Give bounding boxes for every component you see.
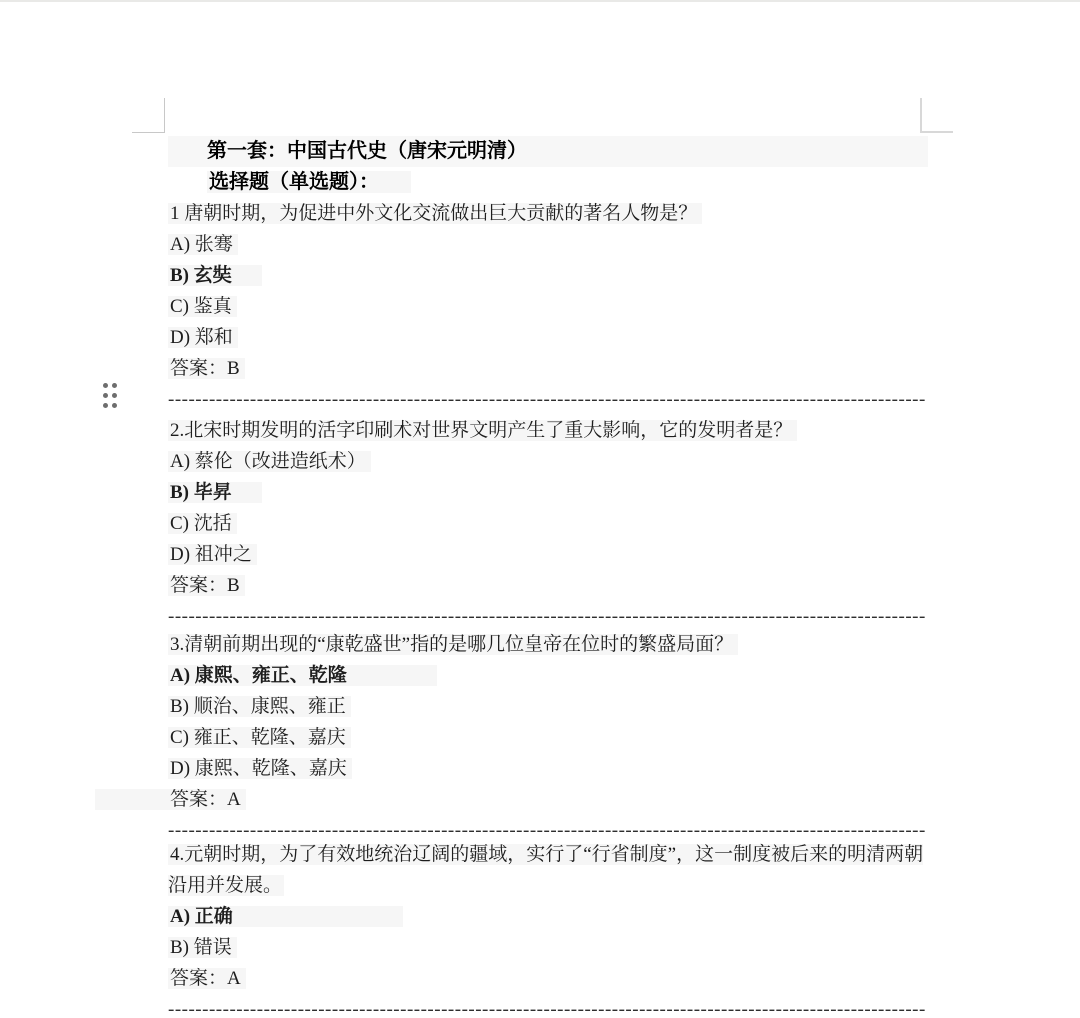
- text-boundary-corner-left-icon: [132, 98, 165, 133]
- separator-line: ----------------------------------------…: [168, 384, 925, 415]
- question-2-text: 2.北宋时期发明的活字印刷术对世界文明产生了重大影响，它的发明者是？: [168, 415, 928, 446]
- question-2-answer: 答案：B: [168, 570, 928, 601]
- drag-handle-dot: [103, 393, 108, 398]
- section-subtitle: 选择题（单选题）：: [168, 167, 928, 198]
- question-3-option-b: B) 顺治、康熙、雍正: [168, 691, 928, 722]
- drag-handle-dot: [112, 383, 117, 388]
- section-subtitle-text: 选择题（单选题）：: [207, 171, 411, 193]
- question-2-option-c: C) 沈括: [168, 508, 928, 539]
- question-2-option-d: D) 祖冲之: [168, 539, 928, 570]
- question-4-option-b: B) 错误: [168, 932, 928, 963]
- document-page: { "page": { "title": "第一套：中国古代史（唐宋元明清）",…: [0, 0, 1080, 1018]
- text-boundary-corner-right-icon: [920, 98, 953, 133]
- question-1-option-a: A) 张骞: [168, 229, 928, 260]
- section-q4: 4.元朝时期，为了有效地统治辽阔的疆域，实行了“行省制度”，这一制度被后来的明清…: [168, 839, 928, 1018]
- section-q3: 3.清朝前期出现的“康乾盛世”指的是哪几位皇帝在位时的繁盛局面？ A) 康熙、雍…: [168, 629, 928, 846]
- drag-handle-icon[interactable]: [103, 383, 117, 408]
- section-q2: 2.北宋时期发明的活字印刷术对世界文明产生了重大影响，它的发明者是？ A) 蔡伦…: [168, 415, 928, 632]
- question-1-option-b: B) 玄奘: [168, 260, 928, 291]
- drag-handle-dot: [103, 383, 108, 388]
- window-top-edge: [0, 0, 1080, 2]
- question-3-option-d: D) 康熙、乾隆、嘉庆: [168, 753, 928, 784]
- question-3-option-a: A) 康熙、雍正、乾隆: [168, 660, 928, 691]
- question-1-option-c: C) 鉴真: [168, 291, 928, 322]
- question-4-option-a: A) 正确: [168, 901, 928, 932]
- separator-line: ----------------------------------------…: [168, 601, 925, 632]
- question-4-answer: 答案：A: [168, 963, 928, 994]
- question-1-text: 1 唐朝时期，为促进中外文化交流做出巨大贡献的著名人物是？: [168, 198, 928, 229]
- drag-handle-dot: [103, 403, 108, 408]
- question-4-text: 4.元朝时期，为了有效地统治辽阔的疆域，实行了“行省制度”，这一制度被后来的明清…: [168, 839, 928, 901]
- question-3-answer: 答案：A: [168, 784, 928, 815]
- drag-handle-dot: [112, 393, 117, 398]
- question-1-option-d: D) 郑和: [168, 322, 928, 353]
- question-2-option-a: A) 蔡伦（改进造纸术）: [168, 446, 928, 477]
- question-3-text: 3.清朝前期出现的“康乾盛世”指的是哪几位皇帝在位时的繁盛局面？: [168, 629, 928, 660]
- drag-handle-dot: [112, 403, 117, 408]
- separator-line: ----------------------------------------…: [168, 994, 925, 1018]
- question-3-option-c: C) 雍正、乾隆、嘉庆: [168, 722, 928, 753]
- question-2-option-b: B) 毕昇: [168, 477, 928, 508]
- section-header-q1: 第一套：中国古代史（唐宋元明清） 选择题（单选题）： 1 唐朝时期，为促进中外文…: [168, 136, 928, 415]
- question-1-answer: 答案：B: [168, 353, 928, 384]
- page-title: 第一套：中国古代史（唐宋元明清）: [168, 136, 928, 167]
